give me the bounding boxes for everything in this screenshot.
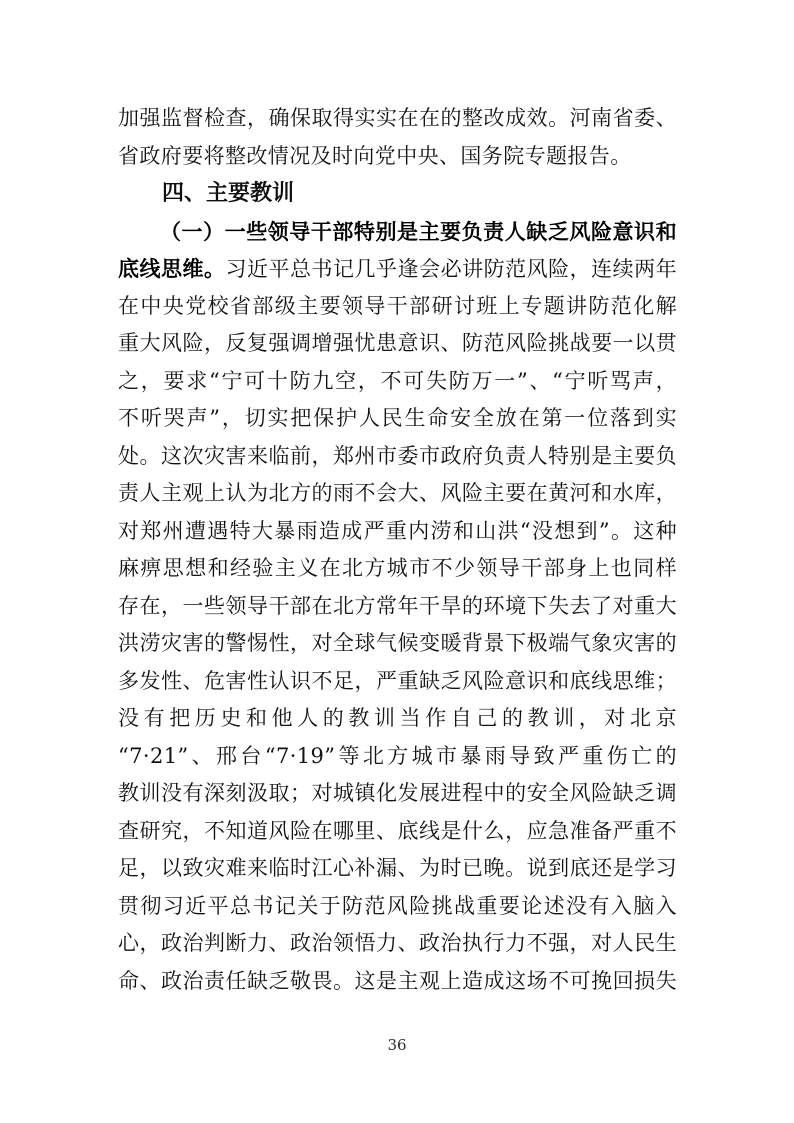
text-line: 足，以致灾难来临时江心补漏、为时已晚。说到底还是学习 bbox=[118, 850, 677, 888]
subsection-lead: （一）一些领导干部特别是主要负责人缺乏风险意识和 bbox=[160, 219, 677, 244]
subsection-lead-continued: 底线思维。 bbox=[118, 256, 226, 281]
text-line: 查研究，不知道风险在哪里、底线是什么，应急准备严重不 bbox=[118, 813, 677, 851]
text-line: 责人主观上认为北方的雨不会大、风险主要在黄河和水库， bbox=[118, 475, 677, 513]
text-line: 重大风险，反复强调增强忧患意识、防范风险挑战要一以贯 bbox=[118, 325, 677, 363]
text-line: 省政府要将整改情况及时向党中央、国务院专题报告。 bbox=[118, 138, 677, 176]
text-line: 处。这次灾害来临前，郑州市委市政府负责人特别是主要负 bbox=[118, 438, 677, 476]
text-line: “7·21”、邢台“7·19”等北方城市暴雨导致严重伤亡的 bbox=[118, 738, 677, 776]
page-number: 36 bbox=[0, 1036, 794, 1054]
body-text: 习近平总书记几乎逢会必讲防范风险，连续两年 bbox=[226, 257, 677, 281]
text-line: 命、政治责任缺乏敬畏。这是主观上造成这场不可挽回损失 bbox=[118, 963, 677, 1001]
text-line: 加强监督检查，确保取得实实在在的整改成效。河南省委、 bbox=[118, 100, 677, 138]
text-line: 多发性、危害性认识不足，严重缺乏风险意识和底线思维； bbox=[118, 663, 677, 701]
section-heading: 四、主要教训 bbox=[118, 175, 677, 213]
text-line: 不听哭声”，切实把保护人民生命安全放在第一位落到实 bbox=[118, 400, 677, 438]
text-line: 在中央党校省部级主要领导干部研讨班上专题讲防范化解 bbox=[118, 288, 677, 326]
text-line: 洪涝灾害的警惕性，对全球气候变暖背景下极端气象灾害的 bbox=[118, 625, 677, 663]
text-line: 存在，一些领导干部在北方常年干旱的环境下失去了对重大 bbox=[118, 588, 677, 626]
text-line: 之，要求“宁可十防九空，不可失防万一”、“宁听骂声， bbox=[118, 363, 677, 401]
text-line: 教训没有深刻汲取；对城镇化发展进程中的安全风险缺乏调 bbox=[118, 775, 677, 813]
text-line: 没有把历史和他人的教训当作自己的教训，对北京 bbox=[118, 700, 677, 738]
text-line: 心，政治判断力、政治领悟力、政治执行力不强，对人民生 bbox=[118, 925, 677, 963]
text-block: 加强监督检查，确保取得实实在在的整改成效。河南省委、 省政府要将整改情况及时向党… bbox=[118, 100, 677, 1000]
text-line: 麻痹思想和经验主义在北方城市不少领导干部身上也同样 bbox=[118, 550, 677, 588]
text-line: 对郑州遭遇特大暴雨造成严重内涝和山洪“没想到”。这种 bbox=[118, 513, 677, 551]
text-line: 底线思维。习近平总书记几乎逢会必讲防范风险，连续两年 bbox=[118, 250, 677, 288]
document-page: 加强监督检查，确保取得实实在在的整改成效。河南省委、 省政府要将整改情况及时向党… bbox=[0, 0, 794, 1123]
text-line: 贯彻习近平总书记关于防范风险挑战重要论述没有入脑入 bbox=[118, 888, 677, 926]
text-line: （一）一些领导干部特别是主要负责人缺乏风险意识和 bbox=[118, 213, 677, 251]
